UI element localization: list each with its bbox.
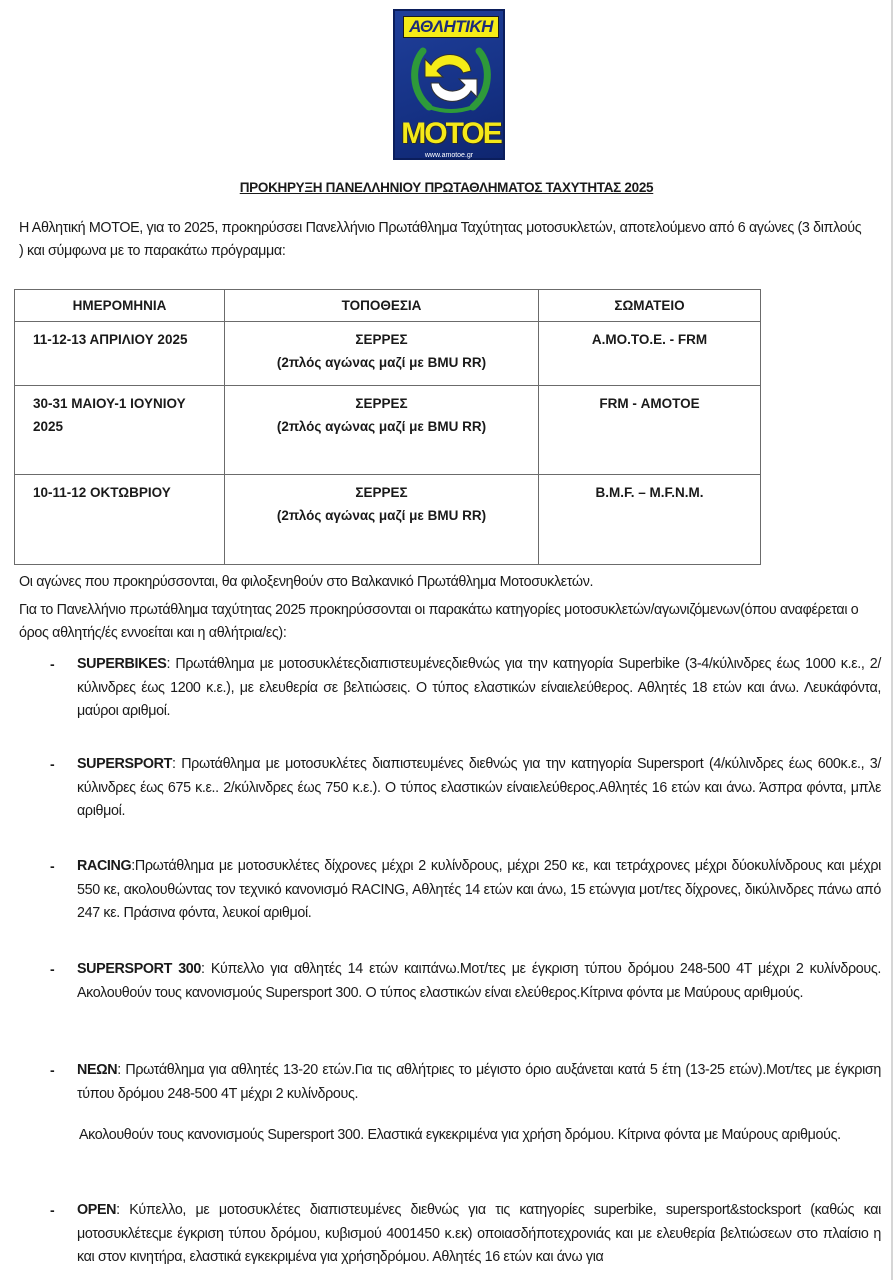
header-location: ΤΟΠΟΘΕΣΙΑ — [225, 290, 539, 322]
bullet: - — [50, 1059, 55, 1082]
categories-intro: Για το Πανελλήνιο πρωτάθλημα ταχύτητας 2… — [19, 599, 889, 645]
balkan-note: Οι αγώνες που προκηρύσσονται, θα φιλοξεν… — [19, 571, 869, 594]
category-text: ΝΕΩΝ: Πρωτάθλημα για αθλητές 13-20 ετών.… — [77, 1059, 881, 1106]
category-text: SUPERSPORT: Πρωτάθλημα με μοτοσυκλέτες δ… — [77, 753, 881, 824]
location-name: ΣΕΡΡΕΣ — [225, 481, 538, 504]
category-name: ΝΕΩΝ — [77, 1062, 117, 1078]
category-description: Κύπελλο, με μοτοσυκλέτες διαπιστευμένες … — [77, 1202, 881, 1265]
cell-location: ΣΕΡΡΕΣ (2πλός αγώνας μαζί με BMU RR) — [225, 386, 539, 475]
category-neon-extra: Ακολουθούν τους κανονισμούς Supersport 3… — [79, 1124, 879, 1147]
cell-club: FRM - ΑΜΟΤΟΕ — [539, 386, 761, 475]
intro-paragraph: Η Αθλητική ΜΟΤΟΕ, για το 2025, προκηρύσσ… — [19, 217, 869, 263]
logo-url: www.amotoe.gr — [395, 152, 503, 159]
category-description: Πρωτάθλημα για αθλητές 13-20 ετών.Για τι… — [77, 1062, 881, 1102]
amotoe-logo: ΑΘΛΗΤΙΚΗ ΜΟΤΟΕ www.amotoe.gr — [393, 9, 505, 160]
category-text: SUPERSPORT 300: Κύπελλο για αθλητές 14 ε… — [77, 958, 881, 1005]
logo-bottom-text: ΜΟΤΟΕ — [399, 119, 503, 149]
category-description: Πρωτάθλημα με μοτοσυκλέτες διαπιστευμένε… — [77, 756, 881, 819]
bullet: - — [50, 855, 55, 878]
bullet: - — [50, 1199, 55, 1222]
location-note: (2πλός αγώνας μαζί με BMU RR) — [225, 415, 538, 438]
bullet: - — [50, 653, 55, 676]
cell-date: 11-12-13 ΑΠΡΙΛΙΟΥ 2025 — [15, 322, 225, 386]
category-name: SUPERBIKES — [77, 656, 166, 672]
category-description: Πρωτάθλημα με μοτοσυκλέτεςδιαπιστευμένες… — [77, 656, 881, 719]
category-text: SUPERBIKES: Πρωτάθλημα με μοτοσυκλέτεςδι… — [77, 653, 881, 724]
header-club: ΣΩΜΑΤΕΙΟ — [539, 290, 761, 322]
cell-location: ΣΕΡΡΕΣ (2πλός αγώνας μαζί με BMU RR) — [225, 322, 539, 386]
category-name: SUPERSPORT — [77, 756, 172, 772]
table-row: 10-11-12 ΟΚΤΩΒΡΙΟΥ ΣΕΡΡΕΣ (2πλός αγώνας … — [15, 475, 761, 565]
table-header-row: ΗΜΕΡΟΜΗΝΙΑ ΤΟΠΟΘΕΣΙΑ ΣΩΜΑΤΕΙΟ — [15, 290, 761, 322]
category-name: OPEN — [77, 1202, 116, 1218]
bullet: - — [50, 753, 55, 776]
bullet: - — [50, 958, 55, 981]
logo-top-text: ΑΘΛΗΤΙΚΗ — [403, 16, 499, 38]
location-note: (2πλός αγώνας μαζί με BMU RR) — [225, 351, 538, 374]
location-note: (2πλός αγώνας μαζί με BMU RR) — [225, 504, 538, 527]
category-text: OPEN: Κύπελλο, με μοτοσυκλέτες διαπιστευ… — [77, 1199, 881, 1270]
category-text: RACING:Πρωτάθλημα με μοτοσυκλέτες δίχρον… — [77, 855, 881, 926]
category-name: SUPERSPORT 300 — [77, 961, 201, 977]
cell-club: Α.ΜΟ.ΤΟ.Ε. - FRM — [539, 322, 761, 386]
table-row: 30-31 ΜΑΙΟΥ-1 ΙΟΥΝΙΟΥ 2025 ΣΕΡΡΕΣ (2πλός… — [15, 386, 761, 475]
cell-club: B.M.F. – M.F.N.M. — [539, 475, 761, 565]
cell-date: 30-31 ΜΑΙΟΥ-1 ΙΟΥΝΙΟΥ 2025 — [15, 386, 225, 475]
category-name: RACING — [77, 858, 131, 874]
cell-location: ΣΕΡΡΕΣ (2πλός αγώνας μαζί με BMU RR) — [225, 475, 539, 565]
header-date: ΗΜΕΡΟΜΗΝΙΑ — [15, 290, 225, 322]
location-name: ΣΕΡΡΕΣ — [225, 392, 538, 415]
category-description: Πρωτάθλημα με μοτοσυκλέτες δίχρονες μέχρ… — [77, 858, 881, 921]
document-title: ΠΡΟΚΗΡΥΞΗ ΠΑΝΕΛΛΗΝΙΟΥ ΠΡΩΤΑΘΛΗΜΑΤΟΣ ΤΑΧΥ… — [0, 180, 893, 195]
wreath-arrows-icon — [409, 43, 493, 115]
table-row: 11-12-13 ΑΠΡΙΛΙΟΥ 2025 ΣΕΡΡΕΣ (2πλός αγώ… — [15, 322, 761, 386]
location-name: ΣΕΡΡΕΣ — [225, 328, 538, 351]
schedule-table: ΗΜΕΡΟΜΗΝΙΑ ΤΟΠΟΘΕΣΙΑ ΣΩΜΑΤΕΙΟ 11-12-13 Α… — [14, 289, 761, 565]
cell-date: 10-11-12 ΟΚΤΩΒΡΙΟΥ — [15, 475, 225, 565]
